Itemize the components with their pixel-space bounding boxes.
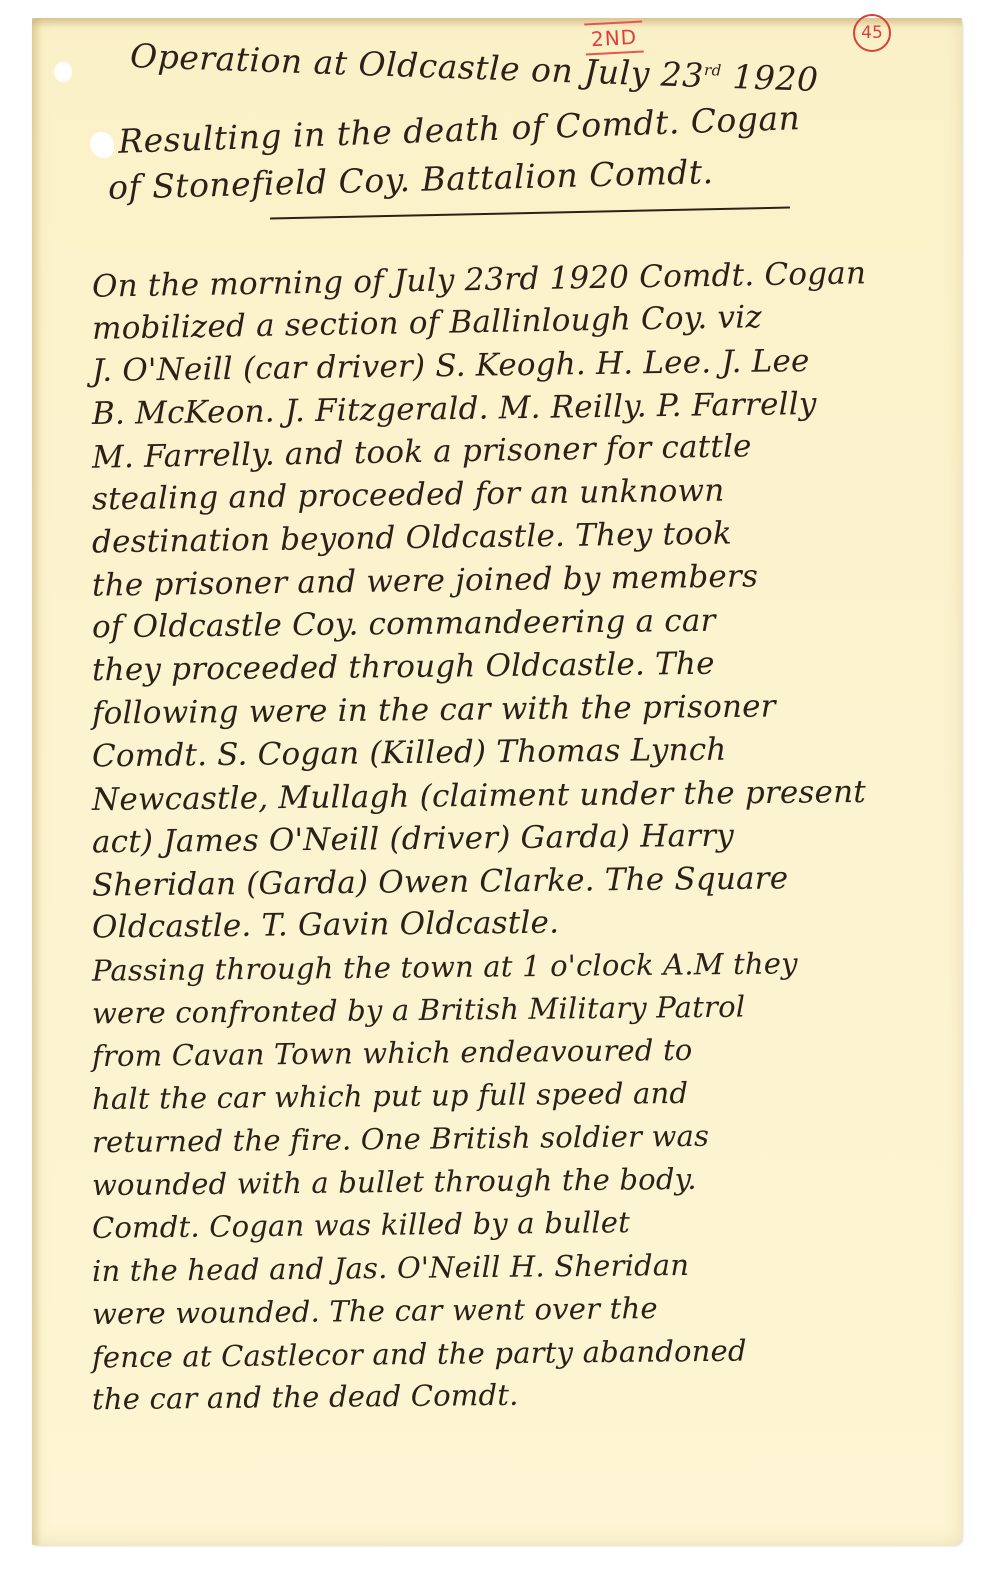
body-line: the car and the dead Comdt. <box>92 1378 519 1416</box>
body-line: act) James O'Neill (driver) Garda) Harry <box>92 818 734 861</box>
body-line: Sheridan (Garda) Owen Clarke. The Square <box>92 860 789 903</box>
copy-mark-annotation: 2ND <box>584 21 644 56</box>
body-line: Comdt. Cogan was killed by a bullet <box>92 1205 630 1245</box>
body-line: Oldcastle. T. Gavin Oldcastle. <box>92 905 560 946</box>
body-line: halt the car which put up full speed and <box>92 1076 689 1116</box>
body-line: they proceeded through Oldcastle. The <box>92 646 715 689</box>
title-year: 1920 <box>732 57 819 99</box>
body-line: Comdt. S. Cogan (Killed) Thomas Lynch <box>92 732 727 775</box>
body-line: from Cavan Town which endeavoured to <box>92 1033 693 1073</box>
punch-hole <box>90 132 114 158</box>
body-line: following were in the car with the priso… <box>92 688 776 731</box>
body-line: were confronted by a British Military Pa… <box>92 990 746 1031</box>
body-line: fence at Castlecor and the party abandon… <box>92 1334 747 1375</box>
body-line: wounded with a bullet through the body. <box>92 1162 697 1202</box>
body-line: of Oldcastle Coy. commandeering a car <box>92 603 716 646</box>
punch-hole <box>54 62 72 82</box>
paper-edge-shading <box>32 18 42 1545</box>
body-line: were wounded. The car went over the <box>92 1291 658 1331</box>
body-line: in the head and Jas. O'Neill H. Sheridan <box>92 1248 690 1288</box>
body-line: returned the fire. One British soldier w… <box>92 1119 709 1159</box>
page-number-annotation: 45 <box>853 14 891 52</box>
paper-edge-shading <box>32 18 962 28</box>
title-ordinal: rd <box>704 61 722 80</box>
